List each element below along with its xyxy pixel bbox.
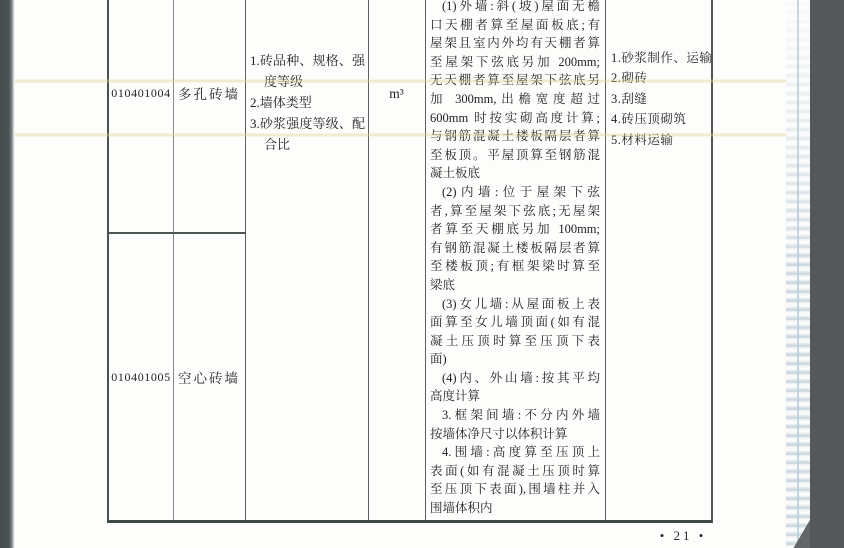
item-name: 多孔砖墙 [178,87,240,102]
rule-line: 4.围墙:高度算至压顶上 [430,443,600,462]
rule-line: (1)外墙:斜(坡)屋面无檐 [430,0,600,16]
rule-line: (4)内、外山墙:按其平均 [430,369,600,388]
rule-line: 凝土压顶时算至压顶下表 [430,332,600,351]
rule-line: 加 300mm,出檐宽度超过 [430,90,600,109]
rule-line: 至楼板顶;有框架梁时算至 [430,257,600,276]
rule-line: 按墙体净尺寸以体积计算 [430,425,600,444]
work-item: 3.刮缝 [611,89,711,109]
rule-line: 凝土板底 [430,164,600,183]
unit-of-measure: m³ [389,86,404,101]
item-code: 010401005 [111,370,170,385]
rule-line: 屋架且室内外均有天棚者算 [430,34,600,53]
item-code-cell-row2: 010401005 [109,234,173,520]
work-item: 4.砖压顶砌筑 [611,109,711,129]
rule-line: 600mm 时按实砌高度计算; [430,109,600,128]
work-content-cell: 1.砂浆制作、运输2.砌砖3.刮缝4.砖压顶砌筑5.材料运输 [605,0,711,520]
rule-line: 梁底 [430,276,600,295]
unit-cell: m³ [368,0,425,520]
rule-line: 面) [430,350,600,369]
project-features-cell: 1.砖品种、规格、强度等级2.墙体类型3.砂浆强度等级、配合比 [245,0,368,520]
item-code-cell-row1: 010401004 [109,0,173,232]
rule-line: 口天棚者算至屋面板底;有 [430,16,600,35]
feature-item: 1.砖品种、规格、强度等级 [250,50,365,92]
rule-line: 表面(如有混凝土压顶时算 [430,462,600,481]
work-item: 1.砂浆制作、运输 [611,48,711,68]
page-number: • 21 • [633,528,733,544]
rule-line: 高度计算 [430,387,600,406]
measurement-rules-cell: (1)外墙:斜(坡)屋面无檐口天棚者算至屋面板底;有屋架且室内外均有天棚者算至屋… [425,0,605,520]
rule-line: 面算至女儿墙顶面(如有混 [430,313,600,332]
item-name: 空心砖墙 [178,367,240,387]
feature-item: 2.墙体类型 [250,92,365,113]
rule-line: 者算至天棚底另加 100mm; [430,220,600,239]
rule-line: 至压顶下表面),围墙柱并入 [430,480,600,499]
scan-left-band [0,0,15,548]
rule-line: (2)内墙:位于屋架下弦 [430,183,600,202]
item-name-cell-row1: 多孔砖墙 [173,0,245,232]
scan-artifact-line [15,79,787,83]
rule-line: 3.框架间墙:不分内外墙 [430,406,600,425]
rule-line: 者,算至屋架下弦底;无屋架 [430,202,600,221]
scan-right-band [810,0,844,548]
rule-line: 至板顶。平屋顶算至钢筋混 [430,146,600,165]
page-curve-line [797,0,799,548]
rule-line: (3)女儿墙:从屋面板上表 [430,295,600,314]
scan-artifact-line [15,133,787,137]
rule-line: 有钢筋混凝土楼板隔层者算 [430,239,600,258]
item-code: 010401004 [111,86,170,100]
rule-line: 至屋架下弦底另加 200mm; [430,53,600,72]
rule-line: 围墙体积内 [430,499,600,518]
scanned-document-page: 010401004 多孔砖墙 010401005 空心砖墙 1.砖品种、规格、强… [0,0,844,548]
item-name-cell-row2: 空心砖墙 [173,234,245,520]
